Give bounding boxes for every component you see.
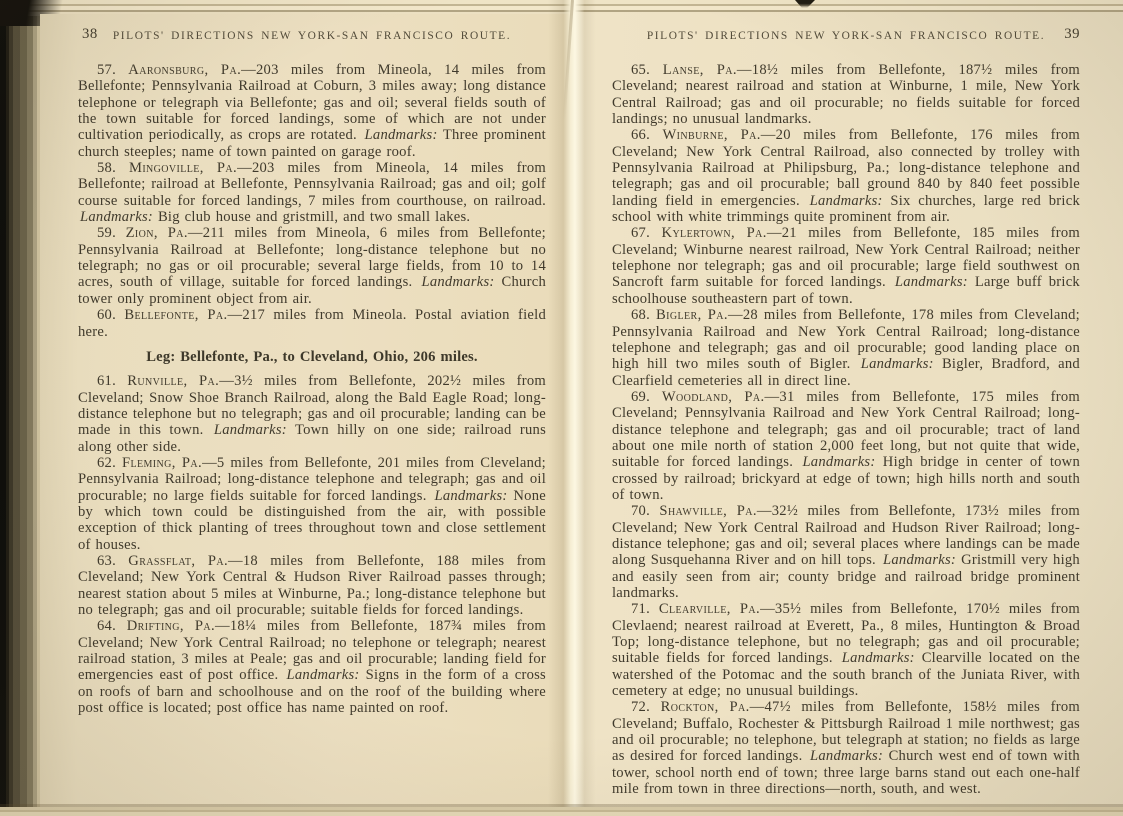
route-entry: 66. Winburne, Pa.—20 miles from Bellefon… bbox=[612, 127, 1080, 225]
landmarks-text: Big club house and gristmill, and two sm… bbox=[158, 209, 470, 225]
landmarks-label: Landmarks: bbox=[810, 193, 883, 209]
landmarks-label: Landmarks: bbox=[434, 488, 507, 504]
town-name: Aaronsburg, Pa. bbox=[128, 62, 241, 78]
entry-number: 66. bbox=[631, 127, 650, 143]
landmarks-label: Landmarks: bbox=[883, 552, 956, 568]
landmarks-label: Landmarks: bbox=[286, 667, 359, 683]
landmarks-label: Landmarks: bbox=[214, 422, 287, 438]
binding-edge bbox=[0, 0, 44, 816]
route-entry: 64. Drifting, Pa.—18¼ miles from Bellefo… bbox=[78, 618, 546, 716]
route-entry: 57. Aaronsburg, Pa.—203 miles from Mineo… bbox=[78, 62, 546, 160]
landmarks-label: Landmarks: bbox=[421, 274, 494, 290]
route-entry: 60. Bellefonte, Pa.—217 miles from Mineo… bbox=[78, 307, 546, 340]
running-title: PILOTS' DIRECTIONS NEW YORK-SAN FRANCISC… bbox=[647, 30, 1045, 42]
town-name: Drifting, Pa. bbox=[127, 618, 215, 634]
route-entry: 69. Woodland, Pa.—31 miles from Bellefon… bbox=[612, 389, 1080, 503]
entry-number: 58. bbox=[97, 160, 116, 176]
running-header: PILOTS' DIRECTIONS NEW YORK-SAN FRANCISC… bbox=[612, 28, 1080, 46]
page-number: 38 bbox=[82, 26, 98, 42]
town-name: Zion, Pa. bbox=[126, 225, 188, 241]
entry-number: 57. bbox=[97, 62, 116, 78]
entry-number: 59. bbox=[97, 225, 116, 241]
landmarks-label: Landmarks: bbox=[365, 127, 438, 143]
route-entry: 71. Clearville, Pa.—35½ miles from Belle… bbox=[612, 601, 1080, 699]
town-name: Woodland, Pa. bbox=[662, 389, 765, 405]
town-name: Runville, Pa. bbox=[127, 373, 219, 389]
town-name: Rockton, Pa. bbox=[661, 699, 750, 715]
route-entry: 67. Kylertown, Pa.—21 miles from Bellefo… bbox=[612, 225, 1080, 307]
entry-number: 67. bbox=[631, 225, 650, 241]
entry-number: 68. bbox=[631, 307, 650, 323]
left-page-text: 38 PILOTS' DIRECTIONS NEW YORK-SAN FRANC… bbox=[78, 28, 546, 716]
entry-number: 69. bbox=[631, 389, 650, 405]
bottom-page-edge bbox=[0, 804, 1123, 816]
entry-number: 72. bbox=[631, 699, 650, 715]
route-entry: 58. Mingoville, Pa.—203 miles from Mineo… bbox=[78, 160, 546, 225]
town-name: Bellefonte, Pa. bbox=[124, 307, 227, 323]
route-entry: 62. Fleming, Pa.—5 miles from Bellefonte… bbox=[78, 455, 546, 553]
town-name: Shawville, Pa. bbox=[659, 503, 756, 519]
route-entry: 68. Bigler, Pa.—28 miles from Bellefonte… bbox=[612, 307, 1080, 389]
town-name: Mingoville, Pa. bbox=[129, 160, 237, 176]
landmarks-label: Landmarks: bbox=[861, 356, 934, 372]
entry-number: 62. bbox=[97, 455, 116, 471]
landmarks-label: Landmarks: bbox=[842, 650, 915, 666]
entry-number: 65. bbox=[631, 62, 650, 78]
town-name: Lanse, Pa. bbox=[663, 62, 737, 78]
route-entry: 61. Runville, Pa.—3½ miles from Bellefon… bbox=[78, 373, 546, 455]
route-entry: 72. Rockton, Pa.—47½ miles from Bellefon… bbox=[612, 699, 1080, 797]
right-page-text: PILOTS' DIRECTIONS NEW YORK-SAN FRANCISC… bbox=[612, 28, 1080, 797]
town-name: Grassflat, Pa. bbox=[128, 553, 228, 569]
route-entry: 59. Zion, Pa.—211 miles from Mineola, 6 … bbox=[78, 225, 546, 307]
entry-number: 61. bbox=[97, 373, 116, 389]
leg-heading: Leg: Bellefonte, Pa., to Cleveland, Ohio… bbox=[78, 349, 546, 365]
town-name: Winburne, Pa. bbox=[663, 127, 761, 143]
route-entry: 65. Lanse, Pa.—18½ miles from Bellefonte… bbox=[612, 62, 1080, 127]
entry-number: 63. bbox=[97, 553, 116, 569]
route-entry: 63. Grassflat, Pa.—18 miles from Bellefo… bbox=[78, 553, 546, 618]
page-number: 39 bbox=[1064, 26, 1080, 42]
entry-number: 71. bbox=[631, 601, 650, 617]
entry-number: 64. bbox=[97, 618, 116, 634]
landmarks-label: Landmarks: bbox=[810, 748, 883, 764]
running-title: PILOTS' DIRECTIONS NEW YORK-SAN FRANCISC… bbox=[113, 30, 511, 42]
entry-number: 60. bbox=[97, 307, 116, 323]
page-gutter bbox=[548, 0, 596, 816]
route-entry: 70. Shawville, Pa.—32½ miles from Bellef… bbox=[612, 503, 1080, 601]
landmarks-label: Landmarks: bbox=[895, 274, 968, 290]
town-name: Bigler, Pa. bbox=[656, 307, 728, 323]
running-header: 38 PILOTS' DIRECTIONS NEW YORK-SAN FRANC… bbox=[78, 28, 546, 46]
landmarks-label: Landmarks: bbox=[802, 454, 875, 470]
town-name: Kylertown, Pa. bbox=[662, 225, 767, 241]
entry-number: 70. bbox=[631, 503, 650, 519]
book-spread-scan: 38 PILOTS' DIRECTIONS NEW YORK-SAN FRANC… bbox=[0, 0, 1123, 816]
landmarks-label: Landmarks: bbox=[80, 209, 153, 225]
town-name: Clearville, Pa. bbox=[659, 601, 760, 617]
town-name: Fleming, Pa. bbox=[122, 455, 202, 471]
